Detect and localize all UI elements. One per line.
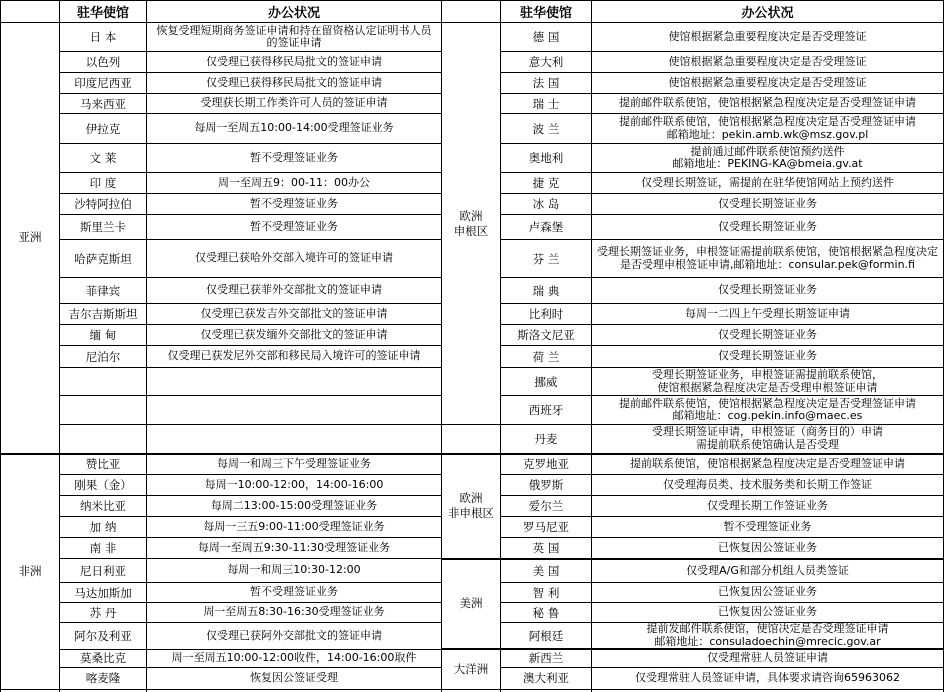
table-row: 非洲 赞比亚 每周一和周三下午受理签证业务 欧洲 非申根区 克罗地亚 提前联系使… bbox=[1, 454, 944, 475]
status-cell: 周一至周五9：00-11：00办公 bbox=[147, 173, 442, 194]
status-cell: 使馆根据紧急重要程度决定是否受理签证 bbox=[592, 52, 944, 73]
country-cell: 瑞 典 bbox=[501, 278, 592, 304]
status-cell: 恢复受理短期商务签证申请和持在留资格认定证明书人员 的签证申请 bbox=[147, 23, 442, 52]
region-header-left bbox=[1, 1, 60, 23]
status-cell: 仅受理已获得移民局批文的签证申请 bbox=[147, 73, 442, 94]
status-cell: 提前邮件联系使馆，使馆根据紧急程度决定是否受理签证申请 邮箱地址：cog.pek… bbox=[592, 396, 944, 425]
country-cell: 俄罗斯 bbox=[501, 475, 592, 496]
region-cell-asia: 亚洲 bbox=[1, 23, 60, 454]
country-cell: 尼日利亚 bbox=[60, 559, 147, 583]
country-cell: 阿根廷 bbox=[501, 623, 592, 650]
status-cell: 仅受理长期签证，需提前在驻华使馆网站上预约送件 bbox=[592, 173, 944, 194]
status-cell: 仅受理A/G和部分机组人员类签证 bbox=[592, 559, 944, 583]
status-cell: 仅受理长期签证业务 bbox=[592, 346, 944, 368]
country-cell: 刚果（金） bbox=[60, 475, 147, 496]
embassy-status-table: 驻华使馆 办公状况 驻华使馆 办公状况 亚洲 日 本 恢复受理短期商务签证申请和… bbox=[0, 0, 944, 692]
status-cell: 恢复因公签证受理 bbox=[147, 667, 442, 689]
table-row: 尼日利亚 每周一和周三10:30-12:00 美洲 美 国 仅受理A/G和部分机… bbox=[1, 559, 944, 583]
country-cell: 吉尔吉斯斯坦 bbox=[60, 304, 147, 325]
status-cell: 仅受理已获菲外交部批文的签证申请 bbox=[147, 278, 442, 304]
status-cell: 仅受理长期工作签证业务 bbox=[592, 496, 944, 517]
country-cell: 智 利 bbox=[501, 583, 592, 603]
country-cell: 印度尼西亚 bbox=[60, 73, 147, 94]
status-cell: 暂不受理签证业务 bbox=[592, 517, 944, 538]
country-cell: 捷 克 bbox=[501, 173, 592, 194]
country-cell: 意大利 bbox=[501, 52, 592, 73]
status-cell: 暂不受理签证业务 bbox=[147, 194, 442, 215]
country-cell: 赞比亚 bbox=[60, 454, 147, 475]
status-cell: 仅受理长期签证业务 bbox=[592, 215, 944, 240]
status-header-left: 办公状况 bbox=[147, 1, 442, 23]
status-cell: 仅受理已获发尼外交部和移民局入境许可的签证申请 bbox=[147, 346, 442, 368]
status-cell: 仅受理长期签证业务 bbox=[592, 278, 944, 304]
region-cell-europe-non-schengen: 欧洲 非申根区 bbox=[442, 454, 501, 559]
country-cell: 喀麦隆 bbox=[60, 667, 147, 689]
country-cell: 以色列 bbox=[60, 52, 147, 73]
status-cell: 已恢复因公签证业务 bbox=[592, 538, 944, 559]
status-cell: 每周一和周三10:30-12:00 bbox=[147, 559, 442, 583]
embassy-status-sheet: 驻华使馆 办公状况 驻华使馆 办公状况 亚洲 日 本 恢复受理短期商务签证申请和… bbox=[0, 0, 949, 692]
country-cell: 斯里兰卡 bbox=[60, 215, 147, 240]
status-header-right: 办公状况 bbox=[592, 1, 944, 23]
status-cell: 周一至周五8:30-16:30受理签证业务 bbox=[147, 603, 442, 623]
status-cell: 提前邮件联系使馆，使馆根据紧急程度决定是否受理签证申请 bbox=[592, 94, 944, 114]
country-cell: 冰 岛 bbox=[501, 194, 592, 215]
embassy-header-right: 驻华使馆 bbox=[501, 1, 592, 23]
country-cell: 文 莱 bbox=[60, 144, 147, 173]
status-cell: 仅受理已获发缅外交部批文的签证申请 bbox=[147, 325, 442, 346]
status-cell bbox=[147, 425, 442, 454]
country-cell: 罗马尼亚 bbox=[501, 517, 592, 538]
country-cell: 菲律宾 bbox=[60, 278, 147, 304]
status-cell: 每周一至周五9:30-11:30受理签证业务 bbox=[147, 538, 442, 559]
country-cell: 爱尔兰 bbox=[501, 496, 592, 517]
country-cell: 加 纳 bbox=[60, 517, 147, 538]
status-cell: 仅受理常驻人员签证申请，具体要求请咨询65963062 bbox=[592, 667, 944, 689]
country-cell: 印 度 bbox=[60, 173, 147, 194]
country-cell bbox=[60, 368, 147, 396]
country-cell: 马达加斯加 bbox=[60, 583, 147, 603]
status-cell: 每周一10:00-12:00，14:00-16:00 bbox=[147, 475, 442, 496]
region-cell-africa: 非洲 bbox=[1, 454, 60, 690]
country-cell: 卢森堡 bbox=[501, 215, 592, 240]
status-cell: 仅受理常驻人员签证申请 bbox=[592, 649, 944, 667]
country-cell: 澳大利亚 bbox=[501, 667, 592, 689]
status-cell: 使馆根据紧急重要程度决定是否受理签证 bbox=[592, 73, 944, 94]
status-cell: 提前邮件联系使馆，使馆根据紧急程度决定是否受理签证申请 邮箱地址：pekin.a… bbox=[592, 114, 944, 144]
country-cell: 秘 鲁 bbox=[501, 603, 592, 623]
country-cell: 芬 兰 bbox=[501, 240, 592, 278]
country-cell: 西班牙 bbox=[501, 396, 592, 425]
country-cell: 莫桑比克 bbox=[60, 649, 147, 667]
status-cell bbox=[147, 368, 442, 396]
region-header-right bbox=[442, 1, 501, 23]
status-cell: 提前通过邮件联系使馆预约送件 邮箱地址：PEKING-KA@bmeia.gv.a… bbox=[592, 144, 944, 173]
status-cell: 受理长期签证业务，申根签证需提前联系使馆， 使馆根据紧急程度决定是否受理申根签证… bbox=[592, 368, 944, 396]
status-cell: 仅受理已获哈外交部入境许可的签证申请 bbox=[147, 240, 442, 278]
status-cell: 仅受理已获阿外交部批文的签证申请 bbox=[147, 623, 442, 650]
region-cell-americas: 美洲 bbox=[442, 559, 501, 650]
status-cell: 周一至周五10:00-12:00收件，14:00-16:00取件 bbox=[147, 649, 442, 667]
country-cell: 斯洛文尼亚 bbox=[501, 325, 592, 346]
status-cell: 使馆根据紧急重要程度决定是否受理签证 bbox=[592, 23, 944, 52]
country-cell: 南 非 bbox=[60, 538, 147, 559]
status-cell bbox=[147, 396, 442, 425]
status-cell: 仅受理已获得移民局批文的签证申请 bbox=[147, 52, 442, 73]
country-cell: 波 兰 bbox=[501, 114, 592, 144]
country-cell: 马来西亚 bbox=[60, 94, 147, 114]
status-cell: 受理长期签证申请，申根签证（商务目的）申请 需提前联系使馆确认是否受理 bbox=[592, 425, 944, 454]
status-cell: 已恢复因公签证业务 bbox=[592, 603, 944, 623]
header-row: 驻华使馆 办公状况 驻华使馆 办公状况 bbox=[1, 1, 944, 23]
country-cell: 瑞 士 bbox=[501, 94, 592, 114]
status-cell: 仅受理已获发吉外交部批文的签证申请 bbox=[147, 304, 442, 325]
status-cell: 暂不受理签证业务 bbox=[147, 144, 442, 173]
region-cell-europe-schengen: 欧洲 申根区 bbox=[442, 23, 501, 425]
table-row: 丹麦 受理长期签证申请，申根签证（商务目的）申请 需提前联系使馆确认是否受理 bbox=[1, 425, 944, 454]
country-cell bbox=[60, 396, 147, 425]
status-cell: 仅受理长期签证业务 bbox=[592, 325, 944, 346]
country-cell: 哈萨克斯坦 bbox=[60, 240, 147, 278]
country-cell: 苏 丹 bbox=[60, 603, 147, 623]
region-cell-oceania: 大洋洲 bbox=[442, 649, 501, 689]
country-cell: 法 国 bbox=[501, 73, 592, 94]
region-cell-blank bbox=[442, 425, 501, 454]
embassy-header-left: 驻华使馆 bbox=[60, 1, 147, 23]
country-cell: 缅 甸 bbox=[60, 325, 147, 346]
status-cell: 每周二13:00-15:00受理签证业务 bbox=[147, 496, 442, 517]
status-cell: 受理获长期工作类许可人员的签证申请 bbox=[147, 94, 442, 114]
country-cell: 奥地利 bbox=[501, 144, 592, 173]
country-cell bbox=[60, 425, 147, 454]
country-cell: 克罗地亚 bbox=[501, 454, 592, 475]
status-cell: 仅受理海员类、技术服务类和长期工作签证 bbox=[592, 475, 944, 496]
country-cell: 新西兰 bbox=[501, 649, 592, 667]
country-cell: 伊拉克 bbox=[60, 114, 147, 144]
country-cell: 荷 兰 bbox=[501, 346, 592, 368]
table-row: 亚洲 日 本 恢复受理短期商务签证申请和持在留资格认定证明书人员 的签证申请 欧… bbox=[1, 23, 944, 52]
country-cell: 丹麦 bbox=[501, 425, 592, 454]
country-cell: 纳米比亚 bbox=[60, 496, 147, 517]
country-cell: 美 国 bbox=[501, 559, 592, 583]
status-cell: 已恢复因公签证业务 bbox=[592, 583, 944, 603]
status-cell: 受理长期签证业务，申根签证需提前联系使馆，使馆根据紧急程度决定 是否受理申根签证… bbox=[592, 240, 944, 278]
country-cell: 日 本 bbox=[60, 23, 147, 52]
country-cell: 尼泊尔 bbox=[60, 346, 147, 368]
status-cell: 仅受理长期签证业务 bbox=[592, 194, 944, 215]
status-cell: 每周一至周五10:00-14:00受理签证业务 bbox=[147, 114, 442, 144]
country-cell: 英 国 bbox=[501, 538, 592, 559]
status-cell: 暂不受理签证业务 bbox=[147, 583, 442, 603]
country-cell: 沙特阿拉伯 bbox=[60, 194, 147, 215]
status-cell: 每周一和周三下午受理签证业务 bbox=[147, 454, 442, 475]
status-cell: 提前联系使馆，使馆根据紧急程度决定是否受理签证申请 bbox=[592, 454, 944, 475]
table-row: 莫桑比克 周一至周五10:00-12:00收件，14:00-16:00取件 大洋… bbox=[1, 649, 944, 667]
status-cell: 每周一二四上午受理长期签证申请 bbox=[592, 304, 944, 325]
country-cell: 德 国 bbox=[501, 23, 592, 52]
country-cell: 比利时 bbox=[501, 304, 592, 325]
country-cell: 挪威 bbox=[501, 368, 592, 396]
country-cell: 阿尔及利亚 bbox=[60, 623, 147, 650]
status-cell: 每周一三五9:00-11:00受理签证业务 bbox=[147, 517, 442, 538]
status-cell: 提前发邮件联系使馆，使馆决定是否受理签证申请 邮箱地址：consuladoech… bbox=[592, 623, 944, 650]
status-cell: 暂不受理签证业务 bbox=[147, 215, 442, 240]
